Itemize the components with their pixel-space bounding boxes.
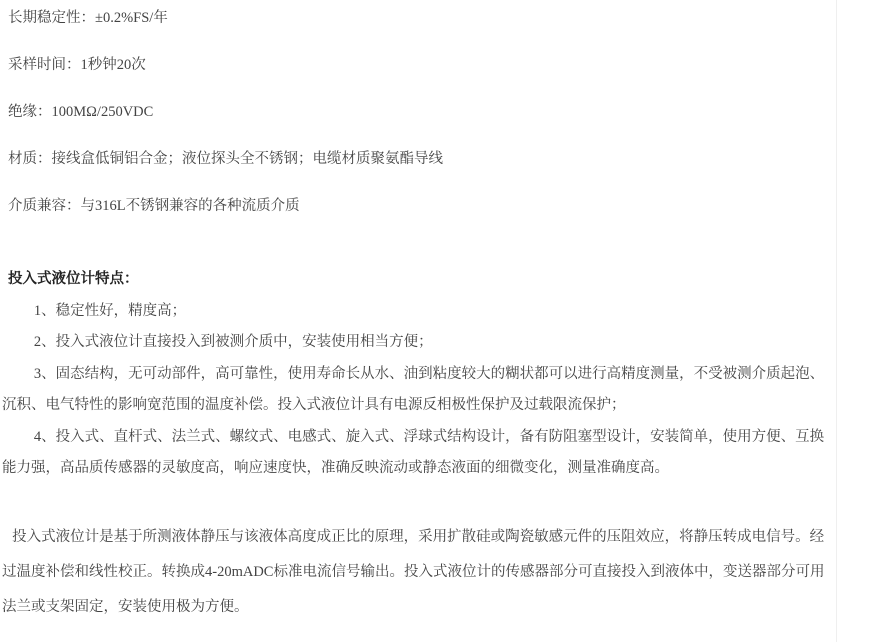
feature-item-1: 1、稳定性好，精度高； xyxy=(2,296,836,328)
content-area: 长期稳定性：±0.2%FS/年 采样时间：1秒钟20次 绝缘：100MΩ/250… xyxy=(0,0,836,625)
description-paragraph: 投入式液位计是基于所测液体静压与该液体高度成正比的原理，采用扩散硅或陶瓷敏感元件… xyxy=(2,520,836,625)
feature-item-4: 4、投入式、直杆式、法兰式、螺纹式、电感式、旋入式、浮球式结构设计，备有防阻塞型… xyxy=(2,422,836,485)
spec-material: 材质：接线盒低铜铝合金；液位探头全不锈钢；电缆材质聚氨酯导线 xyxy=(8,152,836,167)
features-section: 投入式液位计特点： 1、稳定性好，精度高； 2、投入式液位计直接投入到被测介质中… xyxy=(2,246,836,485)
features-heading: 投入式液位计特点： xyxy=(8,264,836,296)
spec-sampling-time: 采样时间：1秒钟20次 xyxy=(8,58,836,73)
spec-media-compatibility: 介质兼容：与316L不锈钢兼容的各种流质介质 xyxy=(8,199,836,214)
content-right-divider xyxy=(836,0,837,642)
spec-list: 长期稳定性：±0.2%FS/年 采样时间：1秒钟20次 绝缘：100MΩ/250… xyxy=(2,11,836,214)
spec-insulation: 绝缘：100MΩ/250VDC xyxy=(8,105,836,120)
description-section: 投入式液位计是基于所测液体静压与该液体高度成正比的原理，采用扩散硅或陶瓷敏感元件… xyxy=(2,520,836,625)
feature-item-2: 2、投入式液位计直接投入到被测介质中，安装使用相当方便； xyxy=(2,327,836,359)
product-detail-page: 长期稳定性：±0.2%FS/年 采样时间：1秒钟20次 绝缘：100MΩ/250… xyxy=(0,0,878,642)
spec-long-term-stability: 长期稳定性：±0.2%FS/年 xyxy=(8,11,836,26)
feature-item-3: 3、固态结构，无可动部件，高可靠性，使用寿命长从水、油到粘度较大的糊状都可以进行… xyxy=(2,359,836,422)
